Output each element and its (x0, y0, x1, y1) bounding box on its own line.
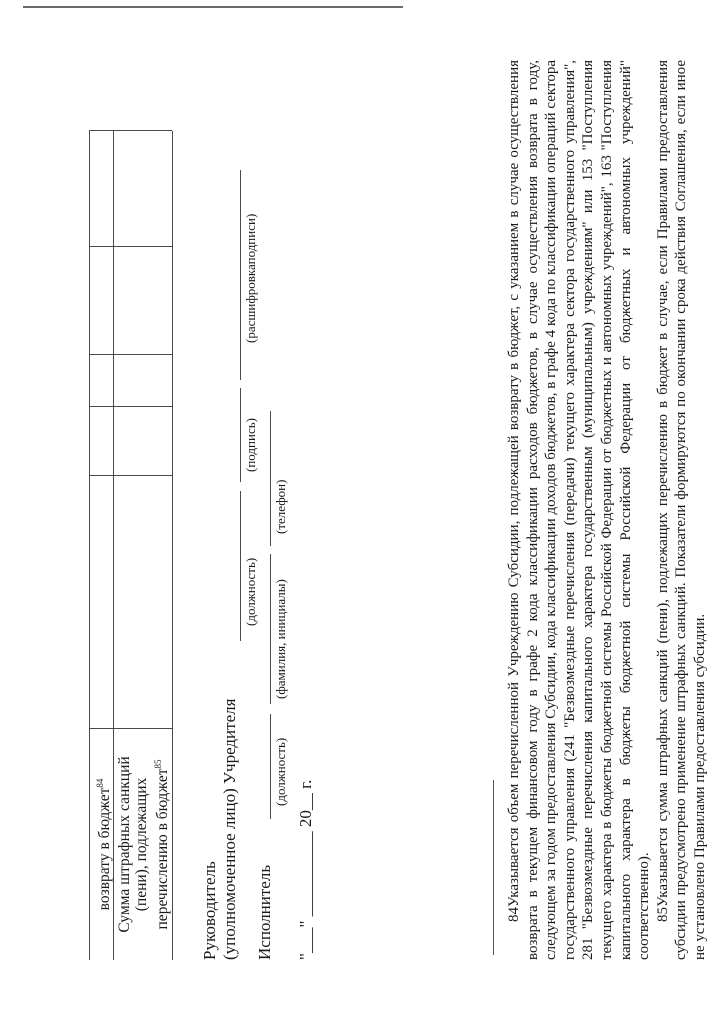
table-col-divider (89, 246, 172, 247)
executor-phone-line (270, 411, 271, 546)
executor-label: Исполнитель (255, 865, 275, 960)
footnote-ref: 84 (95, 779, 105, 788)
head-position-line (240, 491, 241, 641)
footnote-85: 85Указывается сумма штрафных санкций (пе… (654, 60, 710, 960)
footnote-84: 84Указывается объем перечисленной Учрежд… (505, 60, 654, 960)
head-label: Руководитель (уполномоченное лицо) Учред… (200, 699, 240, 960)
page-edge-rule (23, 6, 403, 8)
executor-name-line (270, 554, 271, 704)
head-label-line2: (уполномоченное лицо) Учредителя (220, 699, 240, 960)
caption-signature: (подпись) (243, 418, 259, 472)
table-row-label: Сумма штрафных санкций (пени), подлежащи… (116, 733, 171, 956)
caption-executor-name: (фамилия, инициалы) (273, 579, 289, 699)
document-page: возврату в бюджет84 Сумма штрафных санкц… (0, 0, 724, 1024)
table-col-divider (89, 475, 172, 476)
caption-executor-phone: (телефон) (273, 480, 289, 534)
head-label-line1: Руководитель (200, 699, 220, 960)
footnote-ref: 85 (153, 760, 163, 769)
table-col-divider (89, 354, 172, 355)
executor-position-line (270, 714, 271, 819)
caption-executor-position: (должность) (273, 738, 289, 806)
footnotes: 84Указывается объем перечисленной Учрежд… (505, 60, 710, 960)
table-row-label: возврату в бюджет84 (92, 729, 113, 960)
table-border-right (89, 130, 172, 131)
date-line: "___" __________ 20__ г. (296, 780, 316, 960)
table-border-bottom (172, 131, 173, 960)
caption-signature-decoding: (расшифровкаподписи) (243, 214, 259, 343)
table-border-top (89, 131, 90, 960)
caption-position: (должность) (243, 558, 259, 626)
head-decoding-line (240, 170, 241, 380)
head-signature-line (240, 388, 241, 482)
row-label-text: Сумма штрафных санкций (пени), подлежащи… (116, 756, 171, 932)
table-col-divider (89, 406, 172, 407)
footnote-separator (493, 780, 494, 955)
row-label-text: возврату в бюджет (96, 788, 113, 911)
return-table: возврату в бюджет84 Сумма штрафных санкц… (89, 131, 172, 960)
